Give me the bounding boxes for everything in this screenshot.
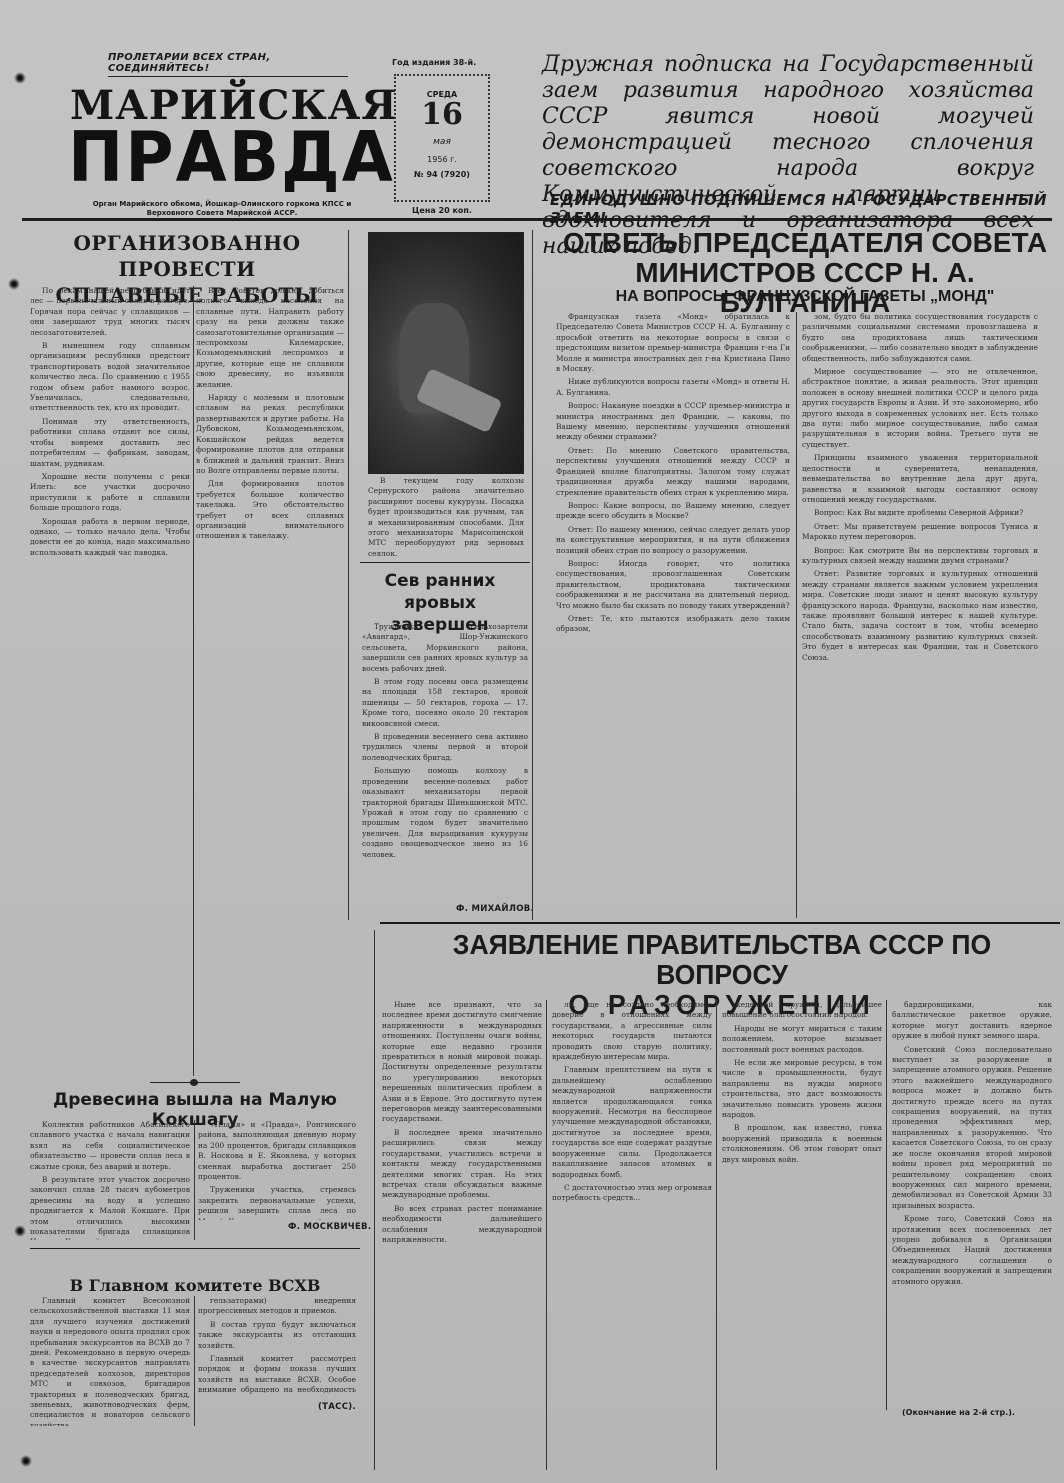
pin-mark-icon (8, 278, 20, 290)
paragraph: Ныне все признают, что за последнее врем… (382, 1000, 542, 1125)
column-divider (886, 1000, 887, 1410)
paragraph: Вопрос: Как смотрите Вы на перспективы т… (802, 546, 1038, 567)
photo-caption: В текущем году колхозы Сернурского район… (368, 476, 524, 556)
paragraph: Хорошая работа в первом периоде, однако,… (30, 517, 190, 559)
publisher-organ: Орган Марийского обкома, Йошкар-Олинског… (92, 200, 352, 218)
paragraph: ли, еще не создано необходимое доверие в… (552, 1000, 712, 1062)
photo-planting (368, 232, 524, 474)
declaration-headline-line1: ЗАЯВЛЕНИЕ ПРАВИТЕЛЬСТВА СССР ПО ВОПРОСУ (407, 930, 1038, 990)
paragraph: Ниже публикуются вопросы газеты «Монд» и… (556, 377, 790, 398)
month: мая (396, 137, 488, 147)
newspaper-page: { "masthead": { "slogan": "ПРОЛЕТАРИИ ВС… (0, 0, 1064, 1483)
paragraph: Наряду с молевым и плотовым сплавом на р… (196, 393, 344, 476)
paragraph: В состав групп будут включаться также эк… (198, 1320, 356, 1351)
paragraph: Кроме того, Советский Союз на протяжении… (892, 1214, 1052, 1287)
declaration-column-2: ли, еще не создано необходимое доверие в… (552, 1000, 712, 1470)
column-divider (546, 1000, 547, 1470)
paragraph: Труженики участка, стремясь закрепить пе… (198, 1185, 356, 1220)
paragraph: Вопрос: Какие вопросы, по Вашему мнению,… (556, 501, 790, 522)
paragraph: В последнее время значительно расширилис… (382, 1128, 542, 1201)
paragraph: Ответ: Те, кто пытаются изображать дело … (556, 614, 790, 635)
paragraph: Вопрос: Иногда говорят, что политика сос… (556, 559, 790, 611)
paragraph: Народы не могут мириться с таким положен… (722, 1024, 882, 1055)
paragraph: бардировщиками, как баллистическое ракет… (892, 1000, 1052, 1042)
continuation-note: (Окончание на 2-й стр.). (902, 1408, 1015, 1417)
paragraph: Ответ: По нашему мнению, сейчас следует … (556, 525, 790, 556)
rafting-column-1: По рекам нашей республики идет лес — пер… (30, 286, 190, 1076)
paragraph: С достаточностью этих мер огромная потре… (552, 1183, 712, 1204)
masthead-rule (22, 218, 1052, 221)
column-divider (193, 286, 194, 1076)
paragraph: Труженики сельхозартели «Авангард», Шор-… (362, 622, 528, 674)
bulganin-subheadline: НА ВОПРОСЫ ФРАНЦУЗСКОЙ ГАЗЕТЫ „МОНД" (560, 288, 1050, 306)
declaration-column-4: бардировщиками, как баллистическое ракет… (892, 1000, 1052, 1400)
column-divider (348, 230, 349, 920)
paragraph: Коллектив работников Абасинского сплавно… (30, 1120, 190, 1172)
paragraph: В этом году посевы овса размещены на пло… (362, 677, 528, 729)
paragraph: гельзаторами) внедрения прогрессивных ме… (198, 1296, 356, 1317)
paragraph: Принципы взаимного уважения территориаль… (802, 453, 1038, 505)
sowing-body: Труженики сельхозартели «Авангард», Шор-… (362, 622, 528, 902)
paragraph: Ответ: Мы приветствуем решение вопросов … (802, 522, 1038, 543)
paragraph: В прошлом, как известно, гонка вооружени… (722, 1123, 882, 1165)
column-divider (532, 230, 533, 920)
section-rule (380, 922, 1060, 924)
vsxv-column-2: гельзаторами) внедрения прогрессивных ме… (198, 1296, 356, 1396)
rafting-headline-line1: ОРГАНИЗОВАННО ПРОВЕСТИ (32, 230, 342, 282)
paragraph: Большую помощь колхозу в проведении весе… (362, 766, 528, 860)
declaration-column-3: жеденной кружкой, дальнейшее повышение б… (722, 1000, 882, 1470)
paragraph: В проведении весеннего сева активно труд… (362, 732, 528, 763)
paragraph: Всех Советов должны добиться полного вых… (196, 286, 344, 390)
paragraph: «Пламя» и «Правда», Ронгинского района, … (198, 1120, 356, 1182)
year-of-publication: Год издания 38-й. (392, 58, 492, 67)
paragraph: Ответ: Развитие торговых и культурных от… (802, 569, 1038, 663)
section-rule (30, 1248, 360, 1249)
ornament-divider (150, 1082, 240, 1083)
column-divider (374, 930, 375, 1470)
vsxv-column-1: Главный комитет Всесоюзной сельскохозяйс… (30, 1296, 190, 1426)
column-divider (194, 1296, 195, 1426)
paragraph: В результате этот участок досрочно закон… (30, 1175, 190, 1240)
paragraph: Для формирования плотов требуется большо… (196, 479, 344, 541)
pin-mark-icon (20, 1455, 32, 1467)
pin-mark-icon (14, 1225, 26, 1237)
paragraph: Вопрос: Как Вы видите проблемы Северной … (802, 508, 1038, 518)
date-box: СРЕДА 16 мая 1956 г. № 94 (7920) (394, 74, 490, 202)
paragraph: Хорошие вести получены с реки Илеть: все… (30, 472, 190, 514)
bulganin-column-1: Французская газета «Монд» обратилась к П… (556, 312, 790, 918)
paragraph: Мирное сосуществование — это не отвлечен… (802, 367, 1038, 450)
day-number: 16 (396, 99, 488, 131)
bulganin-headline-line1: ОТВЕТЫ ПРЕДСЕДАТЕЛЯ СОВЕТА (560, 228, 1050, 258)
masthead-slogan: ПРОЛЕТАРИИ ВСЕХ СТРАН, СОЕДИНЯЙТЕСЬ! (108, 52, 348, 77)
paragraph: Главный комитет рассмотрел порядок и фор… (198, 1354, 356, 1396)
paragraph: Не если же мировые ресурсы, в том числе … (722, 1058, 882, 1120)
paragraph: Ответ: По мнению Советского правительств… (556, 446, 790, 498)
issue-number: № 94 (7920) (396, 170, 488, 179)
paragraph: жеденной кружкой, дальнейшее повышение б… (722, 1000, 882, 1021)
paragraph: Французская газета «Монд» обратилась к П… (556, 312, 790, 374)
paragraph: Главный комитет Всесоюзной сельскохозяйс… (30, 1296, 190, 1426)
year: 1956 г. (396, 155, 488, 164)
timber-signature: Ф. МОСКВИЧЕВ. (288, 1222, 371, 1232)
paragraph: По рекам нашей республики идет лес — пер… (30, 286, 190, 338)
paragraph: Главным препятствием на пути к дальнейше… (552, 1065, 712, 1179)
photo-rule (360, 562, 530, 563)
pin-mark-icon (14, 72, 26, 84)
paragraph: зом, будто бы политика сосуществования г… (802, 312, 1038, 364)
caption-text: В текущем году колхозы Сернурского район… (368, 476, 524, 556)
paragraph: Советский Союз последовательно выступает… (892, 1045, 1052, 1212)
timber-column-2: «Пламя» и «Правда», Ронгинского района, … (198, 1120, 356, 1220)
vsxv-headline: В Главном комитете ВСХВ (40, 1276, 350, 1295)
sowing-signature: Ф. МИХАЙЛОВ. (456, 904, 534, 914)
paragraph: В нынешнем году сплавным организациям ре… (30, 341, 190, 414)
declaration-column-1: Ныне все признают, что за последнее врем… (382, 1000, 542, 1470)
paragraph: Вопрос: Накануне поездки в СССР премьер-… (556, 401, 790, 443)
column-divider (194, 1120, 195, 1240)
bulganin-column-2: зом, будто бы политика сосуществования г… (802, 312, 1038, 918)
sowing-headline-line1: Сев ранних яровых (352, 570, 528, 614)
column-divider (716, 1000, 717, 1470)
lead-slogan: ЕДИНОДУШНО ПОДПИШЕМСЯ НА ГОСУДАРСТВЕННЫЙ… (550, 191, 1050, 227)
newspaper-title-line2: ПРАВДА (68, 120, 352, 196)
column-divider (796, 312, 797, 918)
timber-column-1: Коллектив работников Абасинского сплавно… (30, 1120, 190, 1240)
vsxv-signature: (ТАСС). (318, 1402, 356, 1412)
paragraph: Понимая эту ответственность, работники с… (30, 417, 190, 469)
price: Цена 20 коп. (412, 206, 482, 215)
rafting-column-2: Всех Советов должны добиться полного вых… (196, 286, 344, 1076)
paragraph: Во всех странах растет понимание необход… (382, 1204, 542, 1246)
